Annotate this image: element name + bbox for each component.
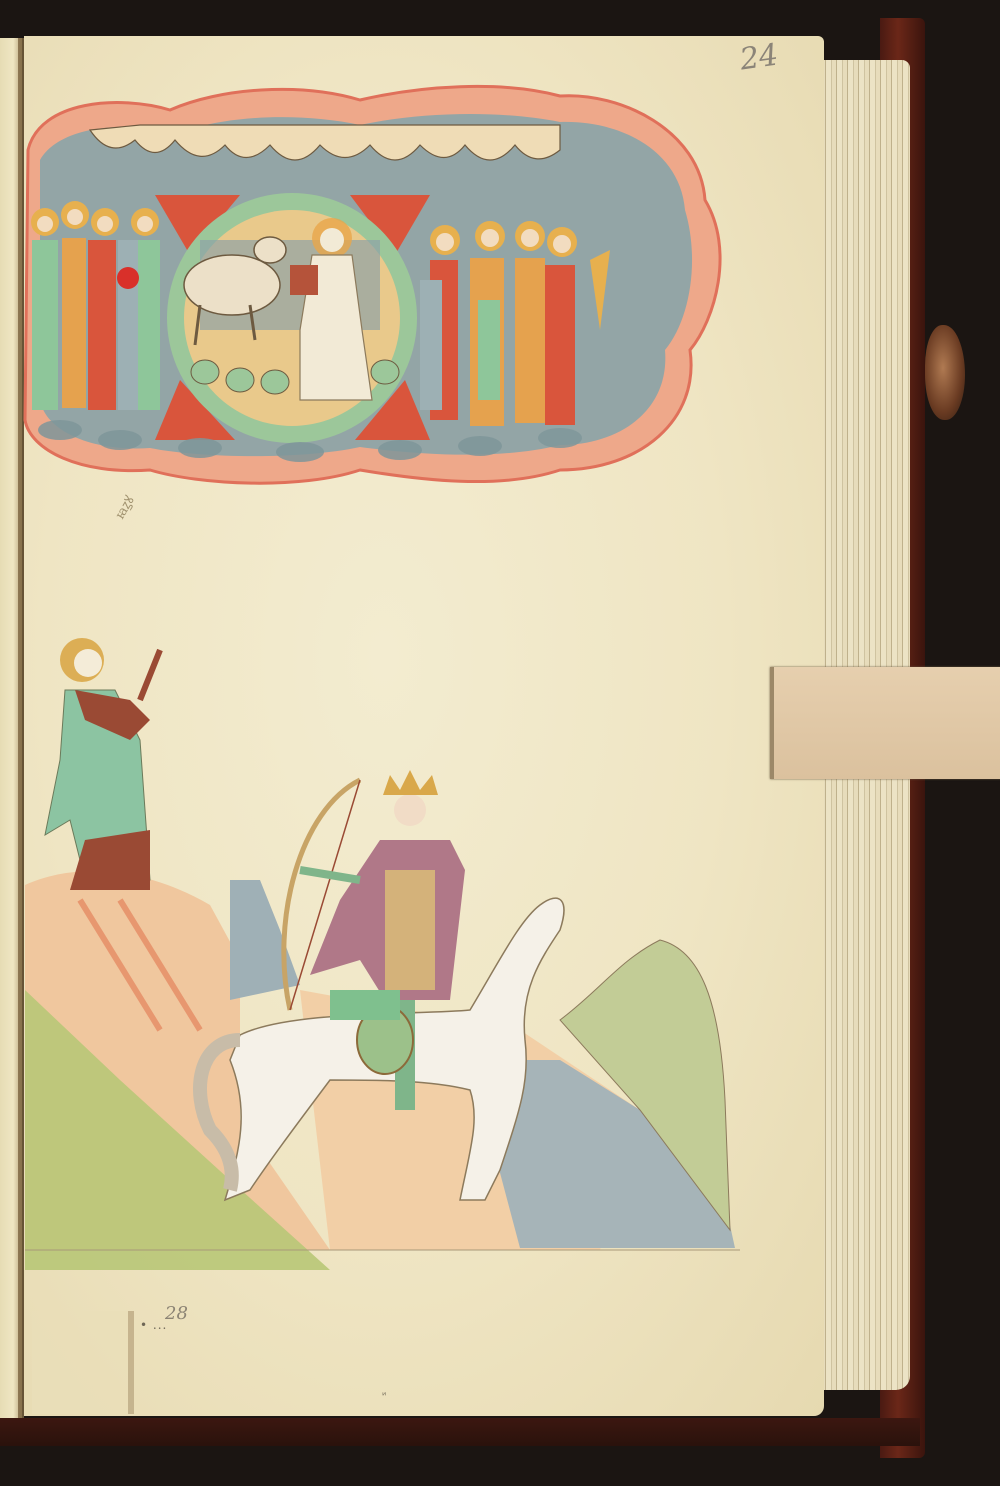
pencil-page-number: 28 bbox=[165, 1303, 188, 1324]
pencil-dots: • ... bbox=[140, 1318, 167, 1332]
crowned-rider-illustration bbox=[25, 638, 740, 1270]
top-vision-illustration bbox=[25, 86, 720, 483]
folio-number: 24 bbox=[738, 38, 781, 78]
wooden-bookmark-strip bbox=[770, 667, 1000, 779]
